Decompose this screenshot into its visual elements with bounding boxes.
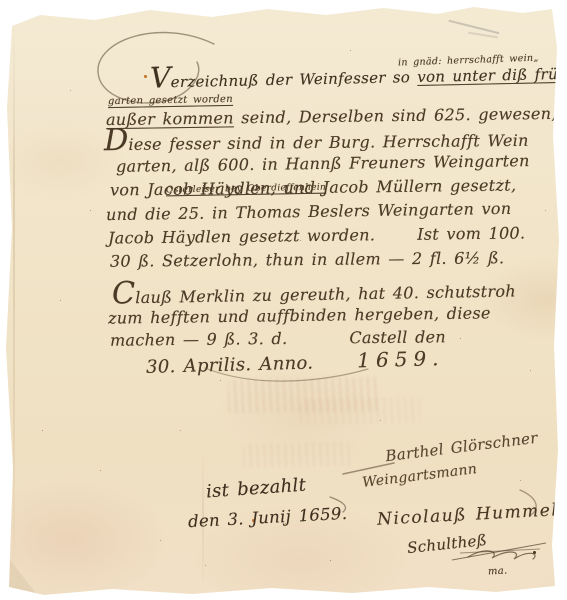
date-text: 30. Aprilis. Anno. [146,353,314,378]
signature-2-role: Schultheß [406,531,488,557]
body10-right: Castell den [349,327,446,347]
ink-bleedthrough [300,397,420,425]
body6-left: Jacob Häydlen gesetzt worden. [108,225,375,247]
date-line: 30. Aprilis. Anno.1659. [146,346,445,378]
signature-2-mark: ma. [488,565,508,577]
scanned-manuscript-screenshot: in gnäd: herrschafft wein„ Verzeichnuß d… [0,0,567,600]
body-line-5: und die 25. in Thomas Beslers Weingarten… [106,199,512,224]
heading-line: Verzeichnuß der Weinfesser so von unter … [150,59,567,91]
body6-right: Ist vom 100. [417,223,525,243]
body-line-2: Diese fesser sind in der Burg. Herrschaf… [104,126,529,154]
folded-corner [4,552,38,596]
paid-note-line-2: den 3. Junij 1659. [188,504,348,531]
year-text: 1659. [357,346,445,372]
body-line-7: 30 ß. Setzerlohn, thun in allem — 2 fl. … [110,248,504,270]
body-line-9: zum hefften und auffbinden hergeben, die… [108,303,491,327]
signature-1-role: Weingartsmann [361,461,477,491]
body-line-3: garten, alß 600. in Hannß Freuners Weing… [116,151,530,176]
heading-underlined: von unter diß früling [417,64,567,86]
manuscript-page: in gnäd: herrschafft wein„ Verzeichnuß d… [0,0,567,600]
heading-lead: Verzeichnuß der Weinfesser so [150,68,417,92]
paid-note-line-1: ist bezahlt [205,475,306,503]
ink-bleedthrough [243,442,355,468]
body-line-6: Jacob Häydlen gesetzt worden.Ist vom 100… [108,223,526,247]
interline-insertion-garten: garten gesetzt worden [108,94,233,107]
body10-left: machen — 9 ß. 3. d. [110,329,288,350]
signature-1-name: Barthel Glörschner [384,429,538,466]
left-fold-crease [13,20,15,585]
body1-rest: seind, Derselben sind 625. gewesen, [234,104,557,128]
signature-2-name: Nicolauß Hummel [377,500,559,529]
foxing-speckles [0,0,1,1]
